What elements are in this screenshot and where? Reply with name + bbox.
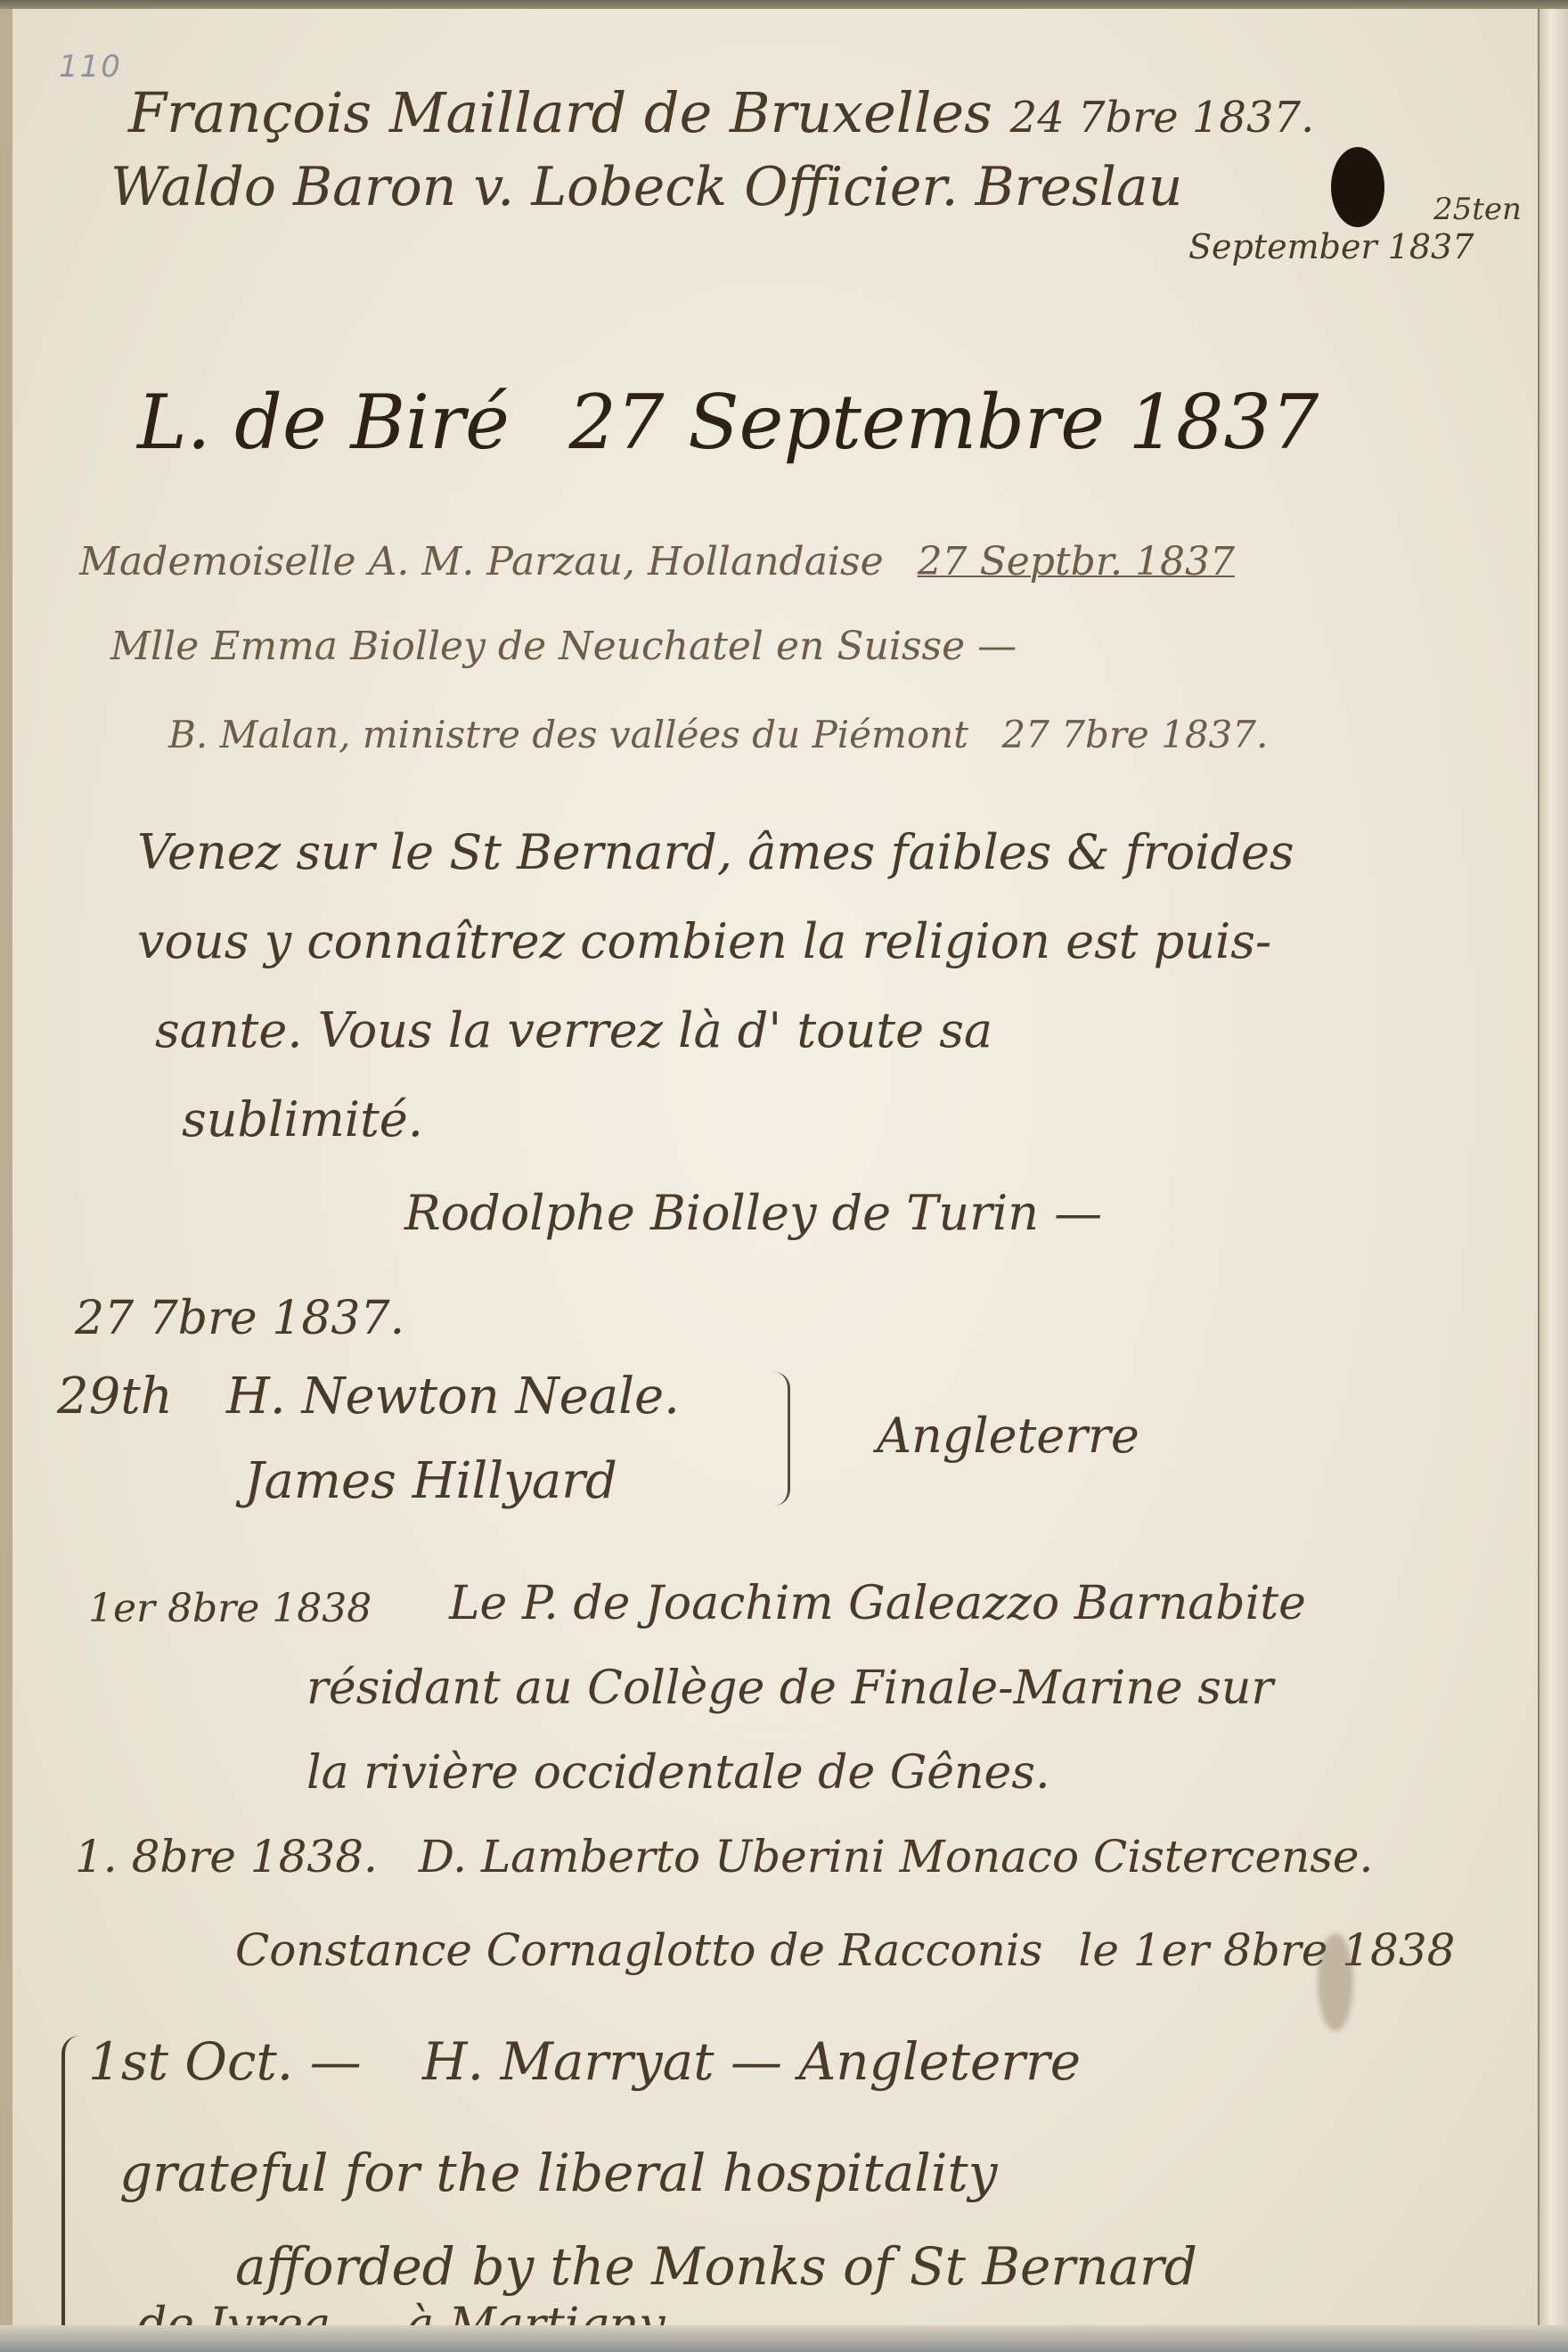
entry-parzau-date: 27 Septbr. 1837: [918, 539, 1235, 584]
quote-line-2: vous y connaîtrez combien la religion es…: [137, 913, 1271, 969]
entry-biolley-rodolphe: Rodolphe Biolley de Turin —: [404, 1185, 1102, 1241]
grouping-brace: [770, 1372, 790, 1506]
entry-biolley-rodolphe-date: 27 7bre 1837.: [75, 1292, 404, 1345]
entry-lobeck-date-2: September 1837: [1188, 227, 1474, 266]
entry-uberini-date: 1. 8bre 1838.: [75, 1831, 378, 1882]
entry-marryat-date: 1st Oct. —: [88, 2031, 362, 2092]
entry-parzau: Mademoiselle A. M. Parzau, Hollandaise 2…: [79, 539, 1235, 584]
margin-brace: [61, 2036, 92, 2348]
entry-galeazzo-line-1: Le P. de Joachim Galeazzo Barnabite: [449, 1577, 1306, 1630]
entry-galeazzo-date: 1er 8bre 1838: [88, 1586, 372, 1631]
entry-parzau-text: Mademoiselle A. M. Parzau, Hollandaise: [79, 539, 884, 584]
entry-marryat-text: H. Marryat — Angleterre: [422, 2031, 1081, 2092]
entry-lobeck-date-1: 25ten: [1433, 192, 1522, 227]
entry-uberini-text: D. Lamberto Uberini Monaco Cistercense.: [419, 1831, 1374, 1882]
entry-bire-text: L. de Biré: [137, 379, 510, 466]
quote-line-4: sublimité.: [182, 1091, 423, 1147]
entry-cornaglotto-date: le 1er 8bre 1838: [1078, 1924, 1455, 1976]
entry-galeazzo-line-2: résidant au Collège de Finale-Marine sur: [306, 1662, 1273, 1715]
entry-lobeck: Waldo Baron v. Lobeck Officier. Breslau: [110, 156, 1182, 218]
entry-biolley-emma: Mlle Emma Biolley de Neuchatel en Suisse…: [110, 624, 1017, 669]
page-bottom-edge: [0, 2325, 1568, 2352]
entry-marryat-line-2: afforded by the Monks of St Bernard: [235, 2236, 1197, 2297]
entry-neale-place: Angleterre: [877, 1408, 1139, 1464]
entry-uberini: 1. 8bre 1838. D. Lamberto Uberini Monaco…: [75, 1831, 1373, 1882]
entry-bire-date: 27 Septembre 1837: [569, 379, 1319, 466]
entry-lobeck-text: Waldo Baron v. Lobeck Officier. Breslau: [110, 156, 1182, 218]
entry-hillyard-name: James Hillyard: [244, 1452, 617, 1510]
entry-malan: B. Malan, ministre des vallées du Piémon…: [168, 713, 1268, 756]
entry-marryat-line-1: grateful for the liberal hospitality: [119, 2143, 997, 2203]
entry-bire: L. de Biré 27 Septembre 1837: [137, 379, 1319, 466]
entry-neale-day: 29th: [57, 1368, 173, 1425]
folio-number: 110: [59, 49, 122, 85]
entry-cornaglotto-text: Constance Cornaglotto de Racconis: [235, 1924, 1042, 1976]
entry-malan-date: 27 7bre 1837.: [1001, 713, 1268, 756]
entry-maillard: François Maillard de Bruxelles 24 7bre 1…: [128, 80, 1314, 145]
book-gutter: [1538, 9, 1568, 2334]
ink-stain: [1318, 1933, 1353, 2031]
ink-blot: [1331, 147, 1384, 227]
quote-line-3: sante. Vous la verrez là d' toute sa: [155, 1002, 992, 1058]
entry-malan-text: B. Malan, ministre des vallées du Piémon…: [168, 713, 968, 756]
entry-maillard-date: 24 7bre 1837.: [1010, 93, 1315, 143]
manuscript-page: 110 François Maillard de Bruxelles 24 7b…: [0, 9, 1539, 2334]
entry-neale-name: H. Newton Neale.: [226, 1368, 680, 1425]
entry-cornaglotto: Constance Cornaglotto de Racconis le 1er…: [235, 1924, 1455, 1976]
entry-galeazzo-line-3: la rivière occidentale de Gênes.: [306, 1746, 1050, 1800]
entry-maillard-text: François Maillard de Bruxelles: [128, 80, 992, 145]
quote-line-1: Venez sur le St Bernard, âmes faibles & …: [137, 824, 1294, 880]
